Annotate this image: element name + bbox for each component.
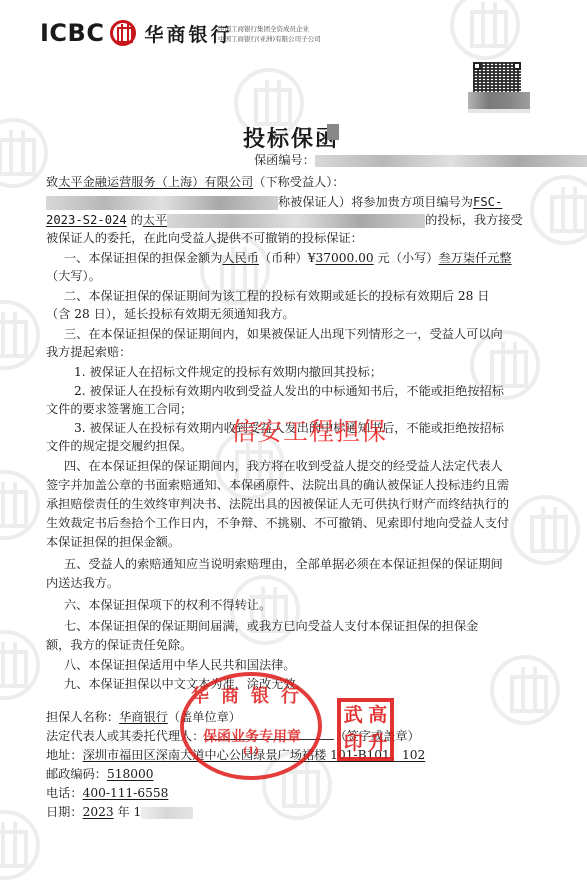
addressee-line: 致太平金融运营服务（上海）有限公司（下称受益人）： bbox=[46, 174, 345, 190]
phone-row: 电话：400-111-6558 bbox=[46, 785, 168, 801]
seal-char: 升 bbox=[368, 734, 387, 753]
clause-7: 七、本保证担保的保证期间届满，或我方已向受益人支付本保证担保的担保金 bbox=[64, 618, 478, 634]
postal-row: 邮政编码：518000 bbox=[46, 766, 153, 782]
clause-3-item-3-cont: 文件的规定提交履约担保。 bbox=[46, 438, 192, 454]
clause-2: 二、本保证担保的保证期间为该工程的投标有效期或延长的投标有效期后 28 日 bbox=[64, 288, 489, 304]
date-month: 1 bbox=[134, 805, 142, 819]
project-name-redacted bbox=[167, 214, 425, 228]
intro-line-4: 被保证人的委托，在此向受益人提供不可撤销的投标保证： bbox=[46, 230, 363, 246]
icbc-watermark-icon bbox=[0, 470, 40, 540]
clause-5: 五、受益人的索赔通知应当说明索赔理由，全部单据必须在本保证担保的保证期间 bbox=[64, 556, 503, 572]
guarantee-amount: 37000.00 bbox=[316, 251, 374, 265]
bank-affiliation: 中国工商银行集团全资成员企业 中国工商银行(亚洲)有限公司子公司 bbox=[218, 24, 321, 44]
seal-arc-text: 华商银行 bbox=[184, 682, 318, 708]
title-text: 投标保函 bbox=[243, 127, 339, 152]
icbc-logo-icon bbox=[110, 20, 136, 46]
affiliation-line-2: 中国工商银行(亚洲)有限公司子公司 bbox=[218, 34, 321, 44]
icbc-watermark-icon bbox=[0, 630, 40, 700]
seal-center-text: 保函业务专用章 bbox=[192, 726, 312, 746]
clause-7-cont: 额，我方的保证责任免除。 bbox=[46, 637, 192, 653]
addressee-name: 太平金融运营服务（上海）有限公司 bbox=[58, 175, 253, 189]
postal-label: 邮政编码： bbox=[46, 767, 107, 781]
clause-4-cont-2: 承担赔偿责任的生效终审判决书、法院出具的因被保证人无可供执行财产而终结执行的 bbox=[46, 496, 509, 512]
affiliation-line-1: 中国工商银行集团全资成员企业 bbox=[218, 24, 321, 34]
address-label: 地址： bbox=[46, 748, 83, 762]
clause-4-cont-3: 生效裁定书后叁拾个工作日内，不争辩、不挑剔、不可撤销、见索即付地向受益人支付 bbox=[46, 515, 509, 531]
guarantor-name: 华商银行 bbox=[119, 710, 168, 724]
seal-number: (1) bbox=[184, 746, 318, 757]
guarantee-amount-chinese: 叁万柒仟元整 bbox=[438, 251, 511, 265]
project-number: FSC- bbox=[473, 195, 502, 209]
clause-8: 八、本保证担保适用中华人民共和国法律。 bbox=[64, 657, 296, 673]
intro-line-2: 称被保证人）将参加贵方项目编号为FSC- bbox=[46, 194, 502, 210]
clause-5-cont: 内送达我方。 bbox=[46, 575, 119, 591]
guarantee-number-redacted bbox=[315, 155, 587, 167]
clause-4-cont-4: 本保证担保的担保金额。 bbox=[46, 534, 180, 550]
icbc-watermark-icon bbox=[510, 495, 580, 565]
seal-char: 印 bbox=[344, 734, 363, 753]
seal-char: 武 bbox=[344, 706, 363, 725]
addressee-suffix: （下称受益人）： bbox=[253, 175, 344, 189]
seal-char: 高 bbox=[368, 706, 387, 725]
project-name: 太平 bbox=[143, 213, 167, 227]
guarantee-number-label: 保函编号： bbox=[254, 153, 315, 167]
date-year-unit: 年 bbox=[114, 805, 134, 819]
overlay-watermark-text: 信安工程担保 bbox=[231, 412, 387, 448]
icbc-watermark-icon bbox=[0, 118, 48, 188]
clause-text: （币种）¥ bbox=[259, 251, 316, 265]
document-title: 投标保函 bbox=[243, 122, 339, 153]
clause-2-cont: （含 28 日），延长投标有效期无须通知我方。 bbox=[46, 306, 295, 322]
clause-3-item-2-cont: 文件的要求签署施工合同； bbox=[46, 401, 192, 417]
redacted-block bbox=[327, 124, 339, 140]
project-number: 2023-S2-024 bbox=[46, 213, 127, 227]
qr-finder-icon bbox=[513, 62, 521, 70]
clause-text: 一、本保证担保的担保金额为 bbox=[64, 251, 222, 265]
clause-3-cont: 我方提起索赔： bbox=[46, 344, 131, 360]
icbc-logo-text: ICBC bbox=[40, 19, 104, 47]
guarantee-number-row: 保函编号：号 bbox=[254, 152, 587, 168]
phone-label: 电话： bbox=[46, 786, 83, 800]
intro-text: 的 bbox=[127, 213, 143, 227]
icbc-watermark-icon bbox=[0, 810, 40, 880]
guarantor-label: 担保人名称： bbox=[46, 710, 119, 724]
clause-1: 一、本保证担保的担保金额为人民币（币种）¥37000.00 元（小写）叁万柒仟元… bbox=[64, 250, 512, 266]
redacted-block bbox=[468, 92, 530, 109]
icbc-watermark-icon bbox=[0, 300, 40, 370]
date-year: 2023 bbox=[83, 805, 114, 819]
clause-4-cont-1: 签字并加盖公章的书面索赔通知、本保函原件、法院出具的确认被保证人投标违约且需 bbox=[46, 477, 509, 493]
intro-line-3: 2023-S2-024 的太平的投标，我方接受 bbox=[46, 212, 523, 228]
bidder-name-redacted bbox=[46, 196, 278, 210]
clause-1-cont: （大写）。 bbox=[46, 268, 101, 284]
icbc-watermark-icon bbox=[530, 175, 587, 245]
currency: 人民币 bbox=[222, 251, 259, 265]
date-label: 日期： bbox=[46, 805, 83, 819]
clause-6: 六、本保证担保项下的权利不得转让。 bbox=[64, 597, 271, 613]
bank-header: ICBC 华商银行 bbox=[40, 18, 232, 48]
clause-4: 四、在本保证担保的保证期间内，我方将在收到受益人提交的经受益人法定代表人 bbox=[64, 458, 503, 474]
bank-seal-stamp: 华商银行 保函业务专用章 (1) bbox=[180, 672, 322, 780]
date-redacted bbox=[141, 807, 193, 819]
clause-3-item-1: 1. 被保证人在招标文件规定的投标有效期内撤回其投标； bbox=[74, 364, 382, 380]
phone-value: 400-111-6558 bbox=[83, 786, 169, 800]
qr-finder-icon bbox=[473, 62, 481, 70]
intro-text: 称被保证人）将参加贵方项目编号为 bbox=[278, 195, 473, 209]
icbc-watermark-icon bbox=[450, 0, 520, 60]
icbc-watermark-icon bbox=[490, 655, 560, 725]
personal-seal-stamp: 武 高 印 升 bbox=[337, 698, 394, 761]
clause-3-item-2: 2. 被保证人在投标有效期内收到受益人发出的中标通知书后，不能或拒绝按招标 bbox=[74, 383, 504, 399]
intro-text: 的投标，我方接受 bbox=[425, 213, 523, 227]
date-row: 日期：2023 年 1 bbox=[46, 804, 193, 820]
clause-text: 元（小写） bbox=[374, 251, 439, 265]
postal-value: 518000 bbox=[107, 767, 154, 781]
addressee-prefix: 致 bbox=[46, 175, 58, 189]
redacted-block bbox=[468, 109, 530, 113]
clause-3: 三、在本保证担保的保证期间内，如果被保证人出现下列情形之一，受益人可以向 bbox=[64, 326, 503, 342]
